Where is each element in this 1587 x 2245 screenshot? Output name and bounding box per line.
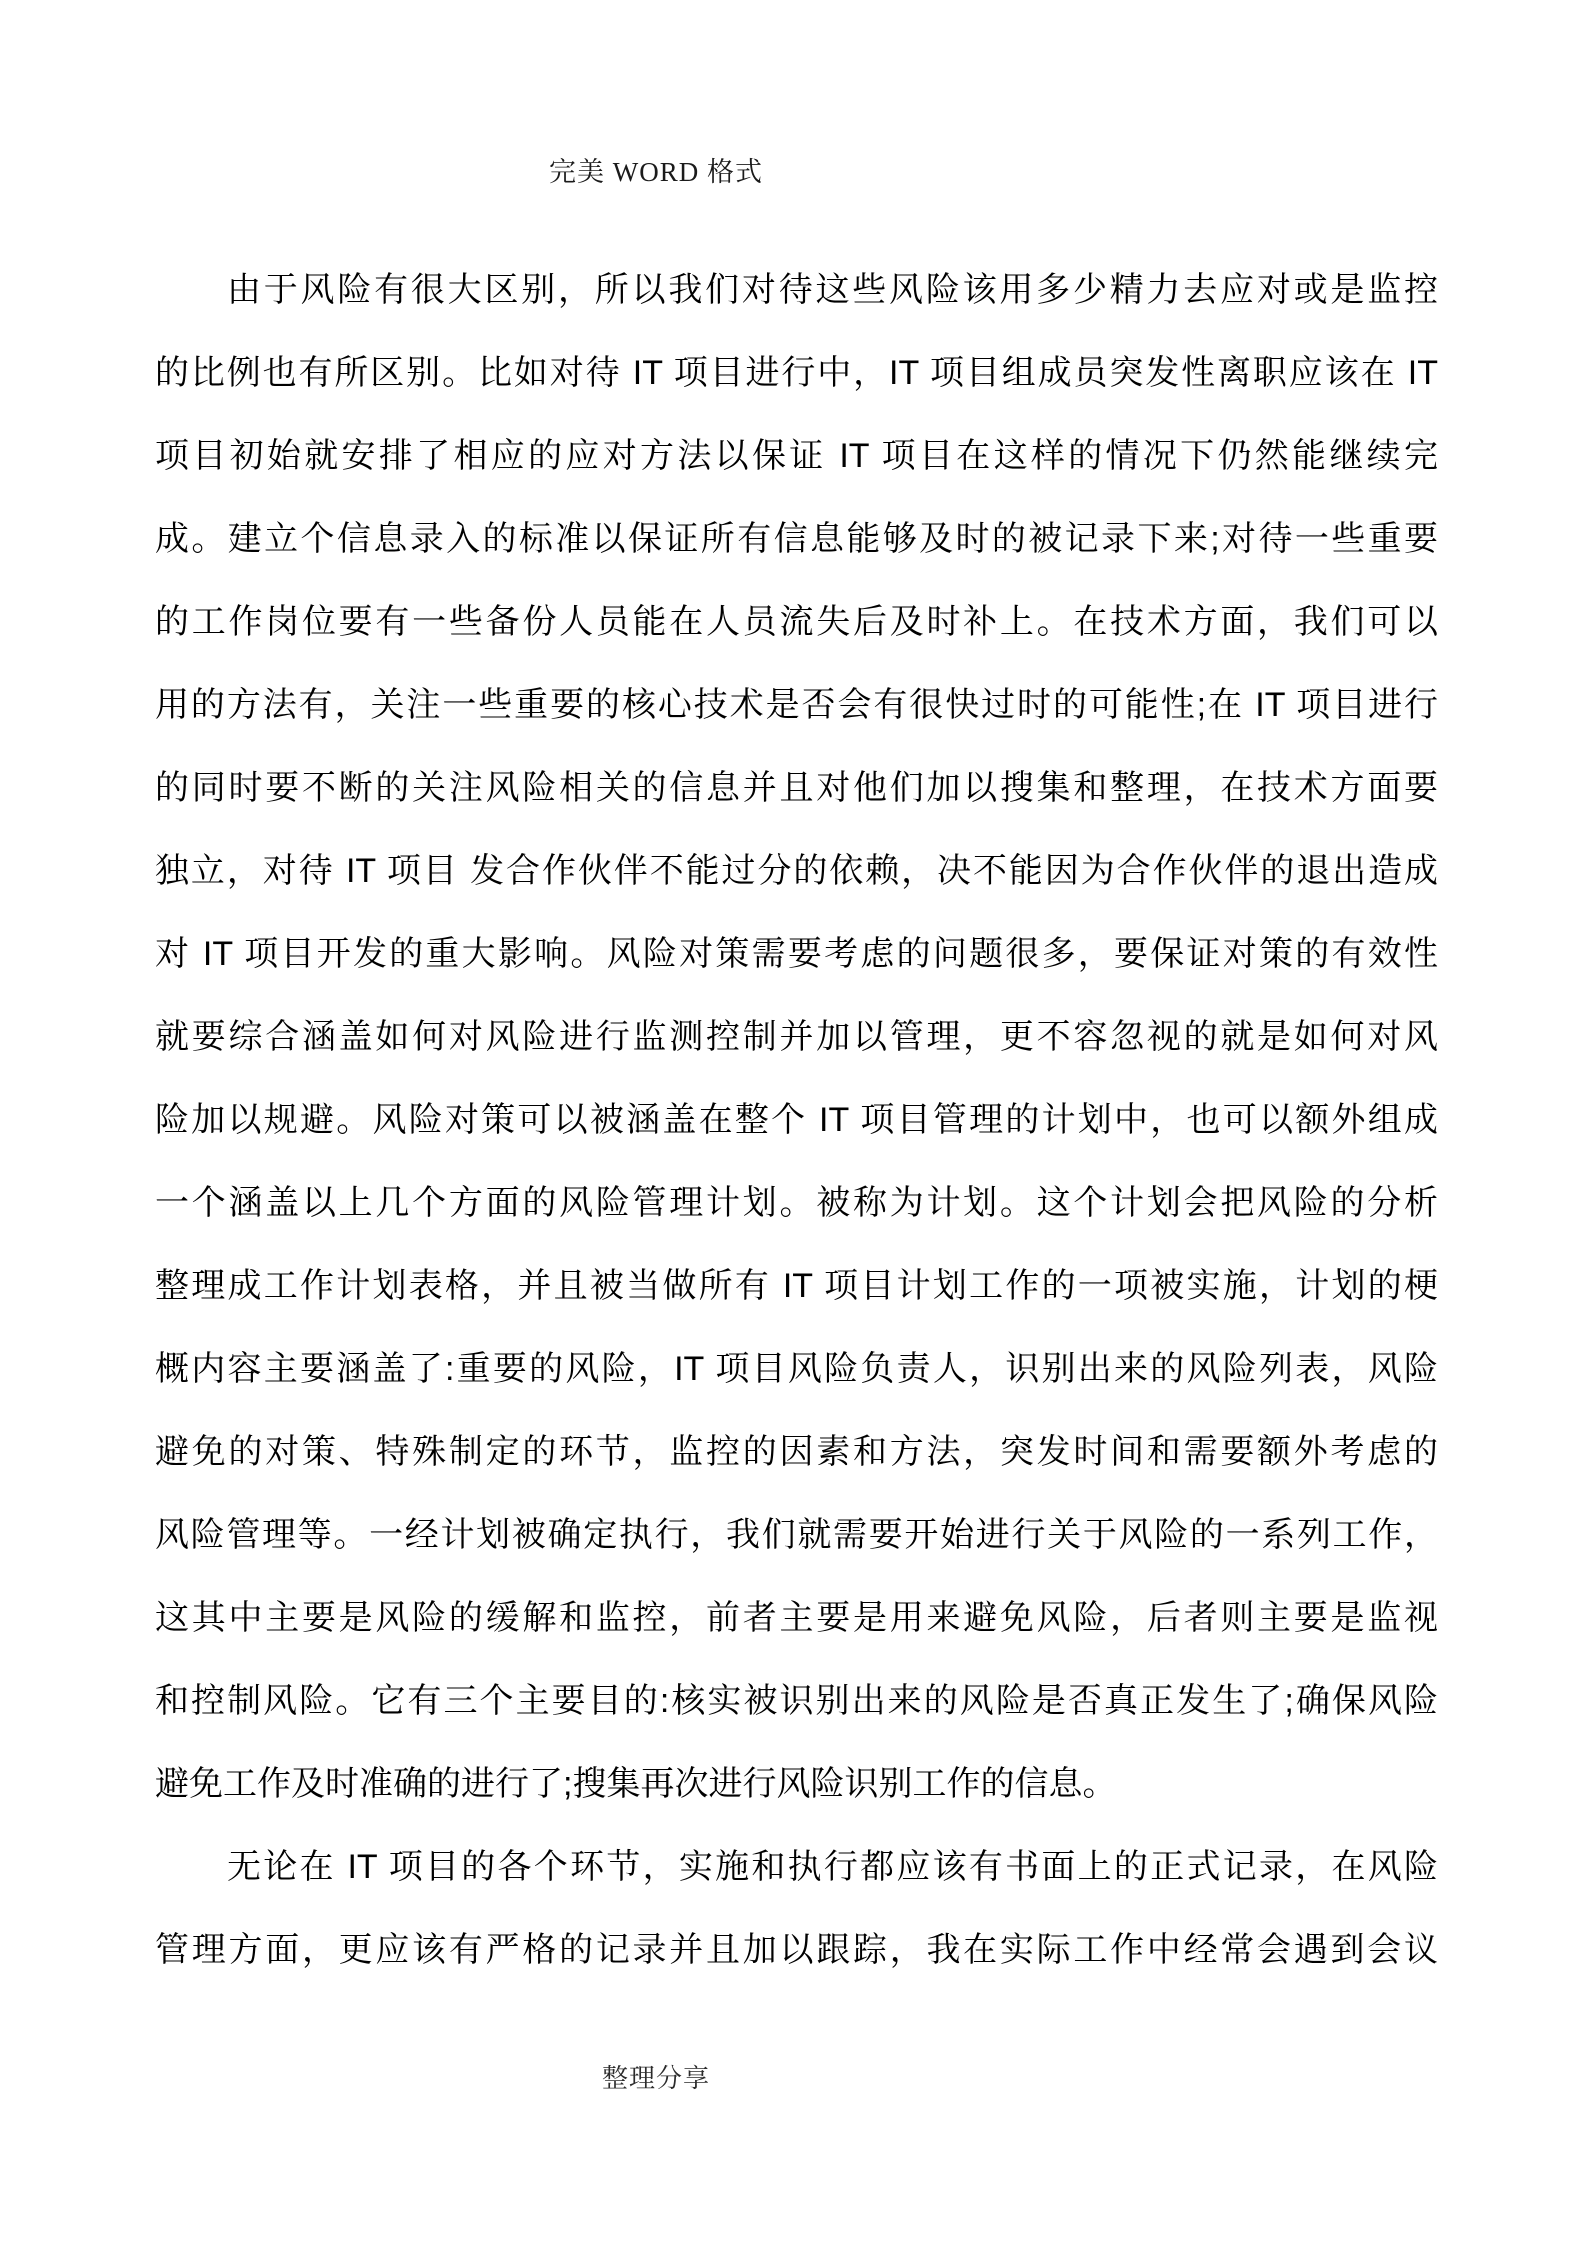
text-line: 成。建立个信息录入的标准以保证所有信息能够及时的被记录下来;对待一些重要 <box>155 498 1438 581</box>
text-line: 避免的对策、特殊制定的环节，监控的因素和方法，突发时间和需要额外考虑的 <box>155 1411 1438 1494</box>
text-line: 和控制风险。它有三个主要目的:核实被识别出来的风险是否真正发生了;确保风险 <box>155 1660 1438 1743</box>
page-header: 完美 WORD 格式 <box>0 150 1312 189</box>
text-line: 风险管理等。一经计划被确定执行，我们就需要开始进行关于风险的一系列工作， <box>155 1494 1438 1577</box>
text-line: 避免工作及时准确的进行了;搜集再次进行风险识别工作的信息。 <box>155 1743 1438 1826</box>
text-line: 就要综合涵盖如何对风险进行监测控制并加以管理，更不容忽视的就是如何对风 <box>155 996 1438 1079</box>
document-body: 由于风险有很大区别，所以我们对待这些风险该用多少精力去应对或是监控的比例也有所区… <box>155 249 1438 1992</box>
text-line: 概内容主要涵盖了:重要的风险，IT 项目风险负责人，识别出来的风险列表，风险 <box>155 1328 1438 1411</box>
text-line: 用的方法有，关注一些重要的核心技术是否会有很快过时的可能性;在 IT 项目进行 <box>155 664 1438 747</box>
text-line: 险加以规避。风险对策可以被涵盖在整个 IT 项目管理的计划中，也可以额外组成 <box>155 1079 1438 1162</box>
text-line: 独立，对待 IT 项目 发合作伙伴不能过分的依赖，决不能因为合作伙伴的退出造成 <box>155 830 1438 913</box>
text-line: 对 IT 项目开发的重大影响。风险对策需要考虑的问题很多，要保证对策的有效性 <box>155 913 1438 996</box>
text-line: 由于风险有很大区别，所以我们对待这些风险该用多少精力去应对或是监控 <box>155 249 1438 332</box>
text-line: 整理成工作计划表格，并且被当做所有 IT 项目计划工作的一项被实施，计划的梗 <box>155 1245 1438 1328</box>
text-line: 的同时要不断的关注风险相关的信息并且对他们加以搜集和整理，在技术方面要 <box>155 747 1438 830</box>
text-line: 管理方面，更应该有严格的记录并且加以跟踪，我在实际工作中经常会遇到会议 <box>155 1909 1438 1992</box>
text-line: 一个涵盖以上几个方面的风险管理计划。被称为计划。这个计划会把风险的分析 <box>155 1162 1438 1245</box>
text-line: 的工作岗位要有一些备份人员能在人员流失后及时补上。在技术方面，我们可以 <box>155 581 1438 664</box>
text-line: 无论在 IT 项目的各个环节，实施和执行都应该有书面上的正式记录，在风险 <box>155 1826 1438 1909</box>
page-footer: 整理分享 <box>0 2058 1312 2095</box>
text-line: 的比例也有所区别。比如对待 IT 项目进行中，IT 项目组成员突发性离职应该在 … <box>155 332 1438 415</box>
text-line: 项目初始就安排了相应的应对方法以保证 IT 项目在这样的情况下仍然能继续完 <box>155 415 1438 498</box>
text-line: 这其中主要是风险的缓解和监控，前者主要是用来避免风险，后者则主要是监视 <box>155 1577 1438 1660</box>
